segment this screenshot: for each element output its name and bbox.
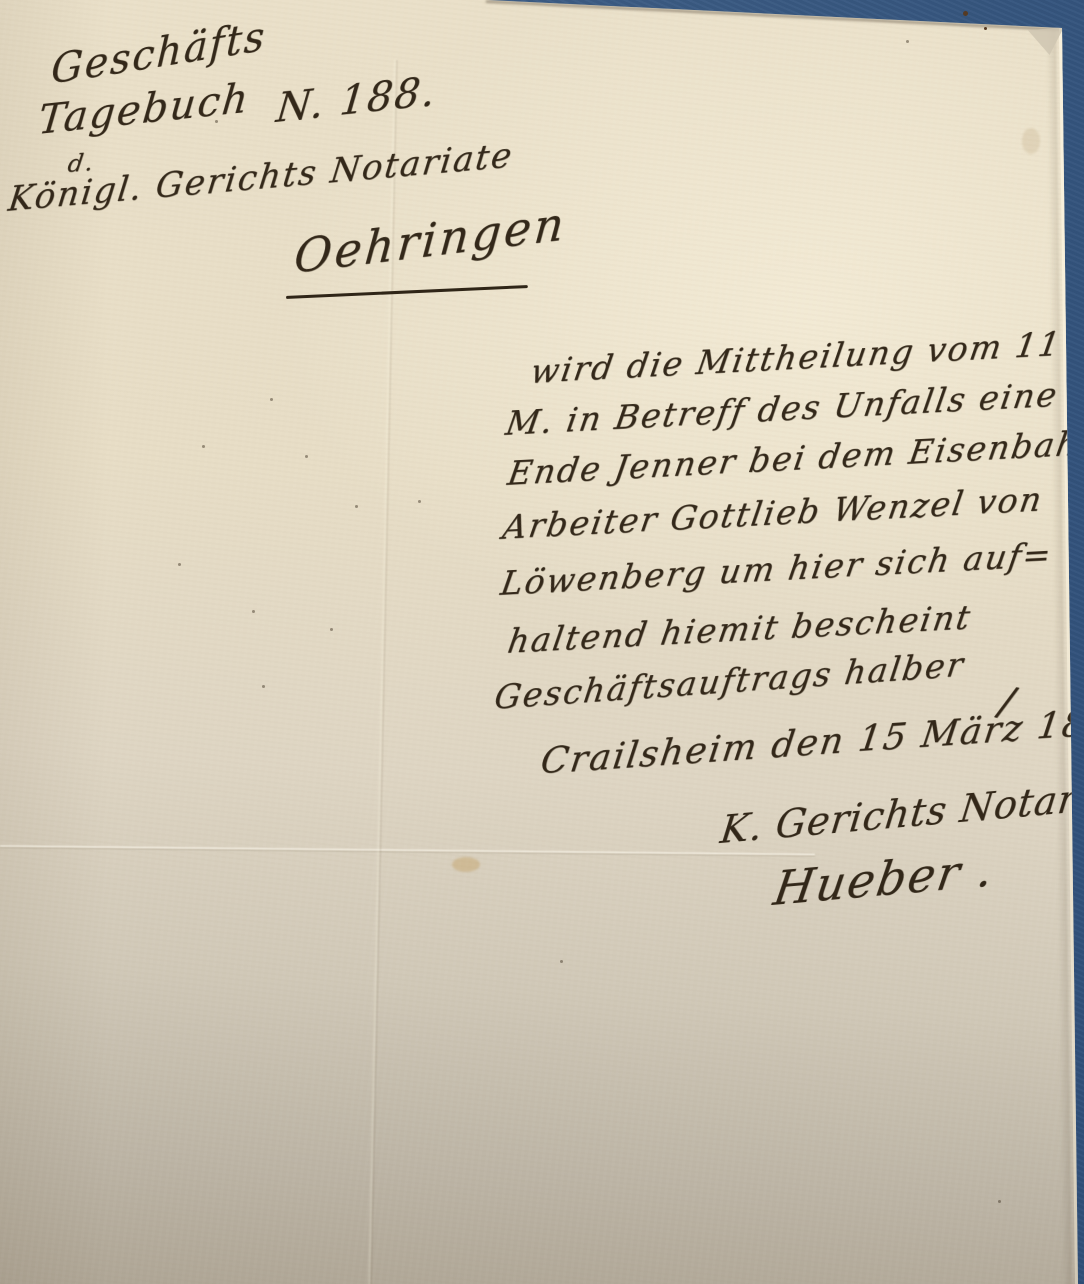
oehringen-underline: [286, 285, 528, 299]
header-journal-number: N. 188.: [274, 68, 439, 132]
ink-speck: [202, 445, 205, 448]
ink-speck: [270, 398, 273, 401]
ink-speck: [418, 500, 421, 503]
ink-speck: [178, 563, 181, 566]
document-paper: Geschäfts Tagebuch N. 188. d. Königl. Ge…: [0, 0, 1084, 1284]
debris-speck: [984, 27, 987, 30]
header-place-oehringen: Oehringen: [292, 196, 569, 284]
ink-speck: [998, 1200, 1001, 1203]
signature-office: K. Gerichts Notariat: [718, 772, 1084, 852]
ink-speck: [906, 40, 909, 43]
horizontal-fold-crease: [0, 845, 815, 856]
ink-speck: [262, 685, 265, 688]
paper-stain: [452, 857, 480, 872]
debris-speck: [963, 11, 968, 16]
ink-speck: [252, 610, 255, 613]
ink-speck: [355, 505, 358, 508]
photographed-document: Geschäfts Tagebuch N. 188. d. Königl. Ge…: [0, 0, 1084, 1284]
paper-stain: [1022, 128, 1040, 154]
body-line-5: Löwenberg um hier sich auf=: [498, 535, 1055, 603]
ink-speck: [305, 455, 308, 458]
body-line-4: Arbeiter Gottlieb Wenzel von: [500, 479, 1046, 547]
ink-speck: [330, 628, 333, 631]
ink-speck: [560, 960, 563, 963]
dateline-crailsheim: Crailsheim den 15 März 1869.: [538, 699, 1084, 783]
